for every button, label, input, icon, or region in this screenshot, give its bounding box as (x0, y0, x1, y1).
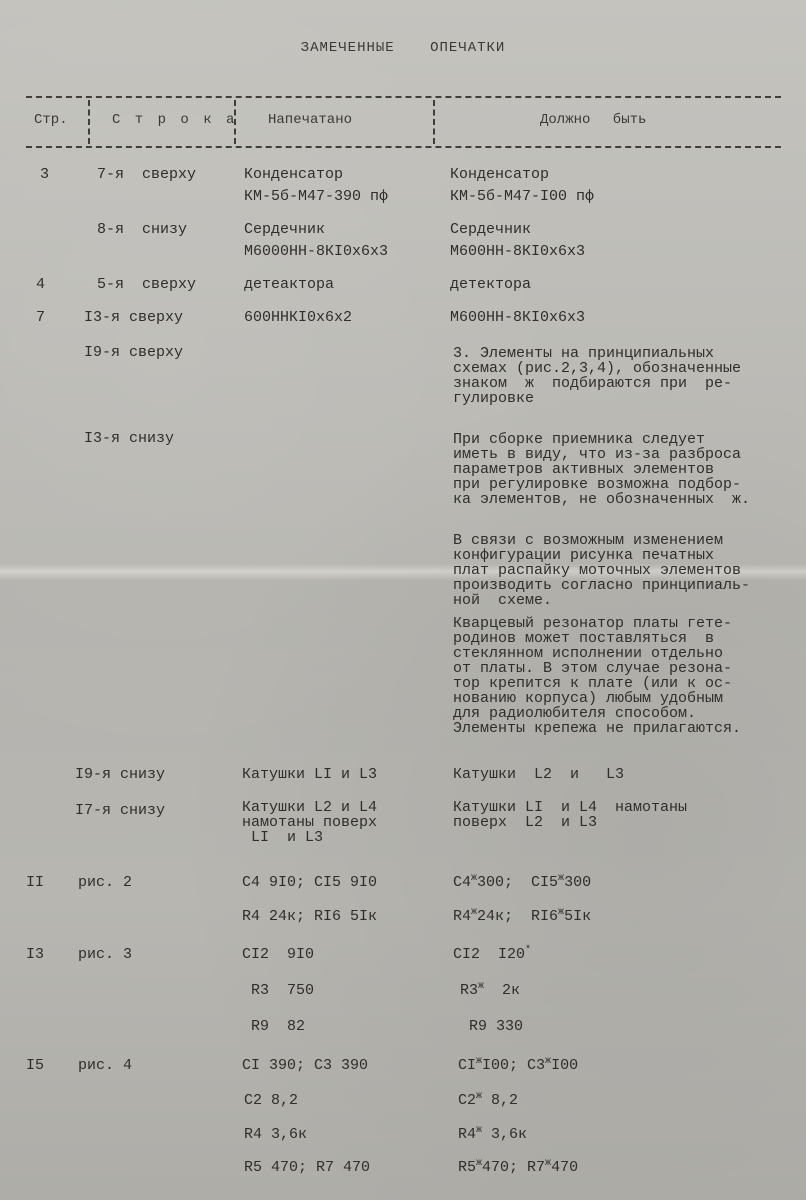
row-correct: R5ж470; R7ж470 (458, 1157, 578, 1179)
row-page: 3 (40, 164, 49, 186)
row-line: 8-я снизу (97, 219, 187, 241)
selection-mark-icon: ж (476, 1091, 482, 1102)
row-line: I9-я снизу (75, 764, 165, 786)
row-correct: Сердечник М600НН-8КI0х6х3 (450, 219, 585, 263)
row-printed: R3 750 (242, 980, 314, 1002)
page-title: ЗАМЕЧЕННЫЕ ОПЕЧАТКИ (0, 40, 806, 56)
row-correct: R3ж 2к (460, 980, 520, 1002)
row-line: I3-я снизу (84, 428, 174, 450)
note-paragraph: Кварцевый резонатор платы гете- родинов … (453, 616, 798, 736)
selection-mark-icon: * (525, 945, 531, 956)
row-correct: R9 330 (460, 1016, 523, 1038)
selection-mark-icon: ж (545, 1158, 551, 1169)
row-correct: R4ж24к; RI6ж5Iк (453, 906, 591, 928)
row-line: рис. 2 (78, 872, 132, 894)
selection-mark-icon: ж (545, 1056, 551, 1067)
note-paragraph: При сборке приемника следует иметь в вид… (453, 432, 798, 507)
row-correct: Конденсатор КМ-5б-М47-I00 пф (450, 164, 594, 208)
row-printed: R5 470; R7 470 (244, 1157, 370, 1179)
row-page: I5 (26, 1055, 44, 1077)
row-printed: Катушки LI и L3 (242, 764, 377, 786)
selection-mark-icon: ж (471, 907, 477, 918)
row-printed: детеактора (244, 274, 334, 296)
row-printed: Конденсатор КМ-5б-М47-390 пф (244, 164, 388, 208)
row-printed: R4 24к; RI6 5Iк (242, 906, 377, 928)
row-correct: R4ж 3,6к (458, 1124, 527, 1146)
row-page: 7 (36, 307, 45, 329)
row-correct: CI2 I20* (453, 944, 531, 966)
row-line: I3-я сверху (84, 307, 183, 329)
row-correct: C2ж 8,2 (458, 1090, 518, 1112)
column-header-printed: Напечатано (268, 112, 352, 128)
row-printed: 600ННКI0х6х2 (244, 307, 352, 329)
row-printed: CI2 9I0 (242, 944, 314, 966)
row-correct: Катушки L2 и L3 (453, 764, 624, 786)
selection-mark-icon: ж (471, 873, 477, 884)
selection-mark-icon: ж (558, 907, 564, 918)
row-correct: М600НН-8КI0х6х3 (450, 307, 585, 329)
row-printed: CI 390; C3 390 (242, 1055, 368, 1077)
selection-mark-icon: ж (476, 1158, 482, 1169)
selection-mark-icon: ж (558, 873, 564, 884)
row-page: II (26, 872, 44, 894)
note-paragraph: 3. Элементы на принципиальных схемах (ри… (453, 346, 798, 406)
row-line: рис. 4 (78, 1055, 132, 1077)
row-printed: C4 9I0; CI5 9I0 (242, 872, 377, 894)
note-paragraph: В связи с возможным изменением конфигура… (453, 533, 798, 608)
selection-mark-icon: ж (478, 981, 484, 992)
row-correct: детектора (450, 274, 531, 296)
row-printed: C2 8,2 (244, 1090, 298, 1112)
row-line: рис. 3 (78, 944, 132, 966)
header-top-rule (26, 96, 781, 98)
row-line: I7-я снизу (75, 800, 165, 822)
row-printed: Сердечник М6000НН-8КI0х6х3 (244, 219, 388, 263)
selection-mark-icon: ж (476, 1056, 482, 1067)
column-header-correct: Должно быть (540, 112, 646, 128)
column-divider (88, 100, 90, 144)
row-line: 7-я сверху (97, 164, 196, 186)
row-printed: R4 3,6к (244, 1124, 307, 1146)
row-page: I3 (26, 944, 44, 966)
row-correct: C4ж300; CI5ж300 (453, 872, 591, 894)
row-line: I9-я сверху (84, 342, 183, 364)
header-bottom-rule (26, 146, 781, 148)
selection-mark-icon: ж (476, 1125, 482, 1136)
row-printed: R9 82 (242, 1016, 305, 1038)
row-printed: Катушки L2 и L4 намотаны поверх LI и L3 (242, 800, 377, 845)
row-page: 4 (36, 274, 45, 296)
column-divider (433, 100, 435, 144)
column-header-line: С т р о к а (112, 112, 237, 128)
column-header-page: Стр. (34, 112, 68, 128)
row-line: 5-я сверху (97, 274, 196, 296)
row-correct: CIжI00; C3жI00 (458, 1055, 578, 1077)
row-correct: Катушки LI и L4 намотаны поверх L2 и L3 (453, 800, 687, 830)
